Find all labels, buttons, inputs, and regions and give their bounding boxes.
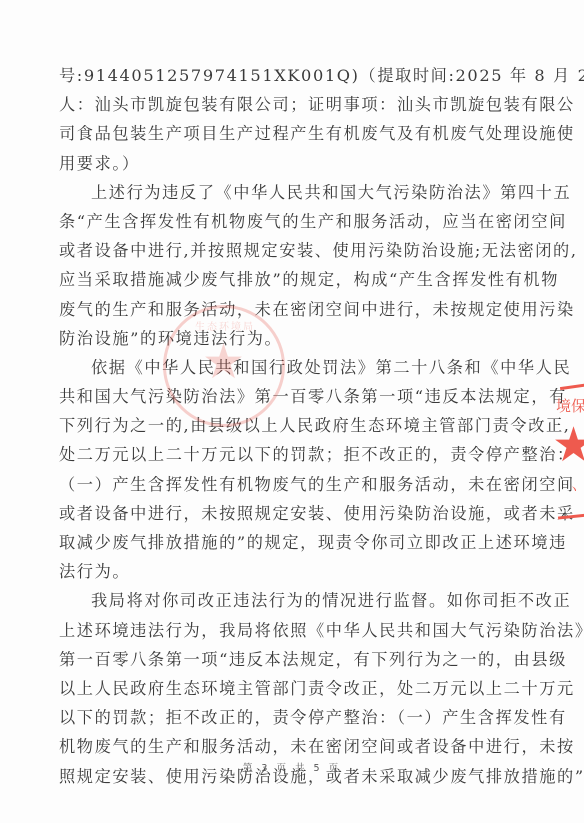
text-line: 以上人民政府生态环境主管部门责令改正，处二万元以上二十万元 (59, 674, 523, 703)
page-number-footer: 第 3 页 共 5 页 (0, 760, 584, 774)
text-line: 法行为。 (59, 557, 523, 586)
document-page: 号:9144051257974151XK001Q)（提取时间:2025 年 8 … (0, 0, 584, 823)
text-line: 以下的罚款；拒不改正的，责令停产整治：（一）产生含挥发性有 (59, 703, 523, 732)
text-line: （一）产生含挥发性有机物废气的生产和服务活动，未在密闭空间 (59, 470, 523, 499)
text-line: 取减少废气排放措施的”的规定，现责令你司立即改正上述环境违 (59, 528, 523, 557)
text-line: 号:9144051257974151XK001Q)（提取时间:2025 年 8 … (59, 61, 523, 90)
text-line: 我局将对你司改正违法行为的情况进行监督。如你司拒不改正 (59, 586, 523, 615)
text-line: 处二万元以上二十万元以下的罚款；拒不改正的，责令停产整治： (59, 440, 523, 469)
text-line: 人：汕头市凯旋包装有限公司；证明事项：汕头市凯旋包装有限公 (59, 90, 523, 119)
text-line: 下列行为之一的,由县级以上人民政府生态环境主管部门责令改正, (59, 411, 523, 440)
text-line: 共和国大气污染防治法》第一百零八条第一项“违反本法规定，有 (59, 382, 523, 411)
text-line: 机物废气的生产和服务活动，未在密闭空间或者设备中进行，未按 (59, 732, 523, 761)
text-line: 防治设施”的环境违法行为。 (59, 324, 523, 353)
text-line: 依据《中华人民共和国行政处罚法》第二十八条和《中华人民 (59, 353, 523, 382)
text-line: 废气的生产和服务活动，未在密闭空间中进行，未按规定使用污染 (59, 295, 523, 324)
text-line: 应当采取措施减少废气排放”的规定，构成“产生含挥发性有机物 (59, 265, 523, 294)
text-line: 或者设备中进行，未按照规定安装、使用污染防治设施，或者未采 (59, 499, 523, 528)
text-line: 第一百零八条第一项“违反本法规定，有下列行为之一的，由县级 (59, 645, 523, 674)
text-line: 司食品包装生产项目生产过程产生有机废气及有机废气处理设施使 (59, 119, 523, 148)
text-line: 条“产生含挥发性有机物废气的生产和服务活动，应当在密闭空间 (59, 207, 523, 236)
text-line: 上述环境违法行为，我局将依照《中华人民共和国大气污染防治法》 (59, 616, 523, 645)
document-body: 号:9144051257974151XK001Q)（提取时间:2025 年 8 … (59, 61, 523, 791)
text-line: 用要求。） (59, 149, 523, 178)
text-line: 上述行为违反了《中华人民共和国大气污染防治法》第四十五 (59, 178, 523, 207)
text-line: 或者设备中进行,并按照规定安装、使用污染防治设施;无法密闭的, (59, 236, 523, 265)
